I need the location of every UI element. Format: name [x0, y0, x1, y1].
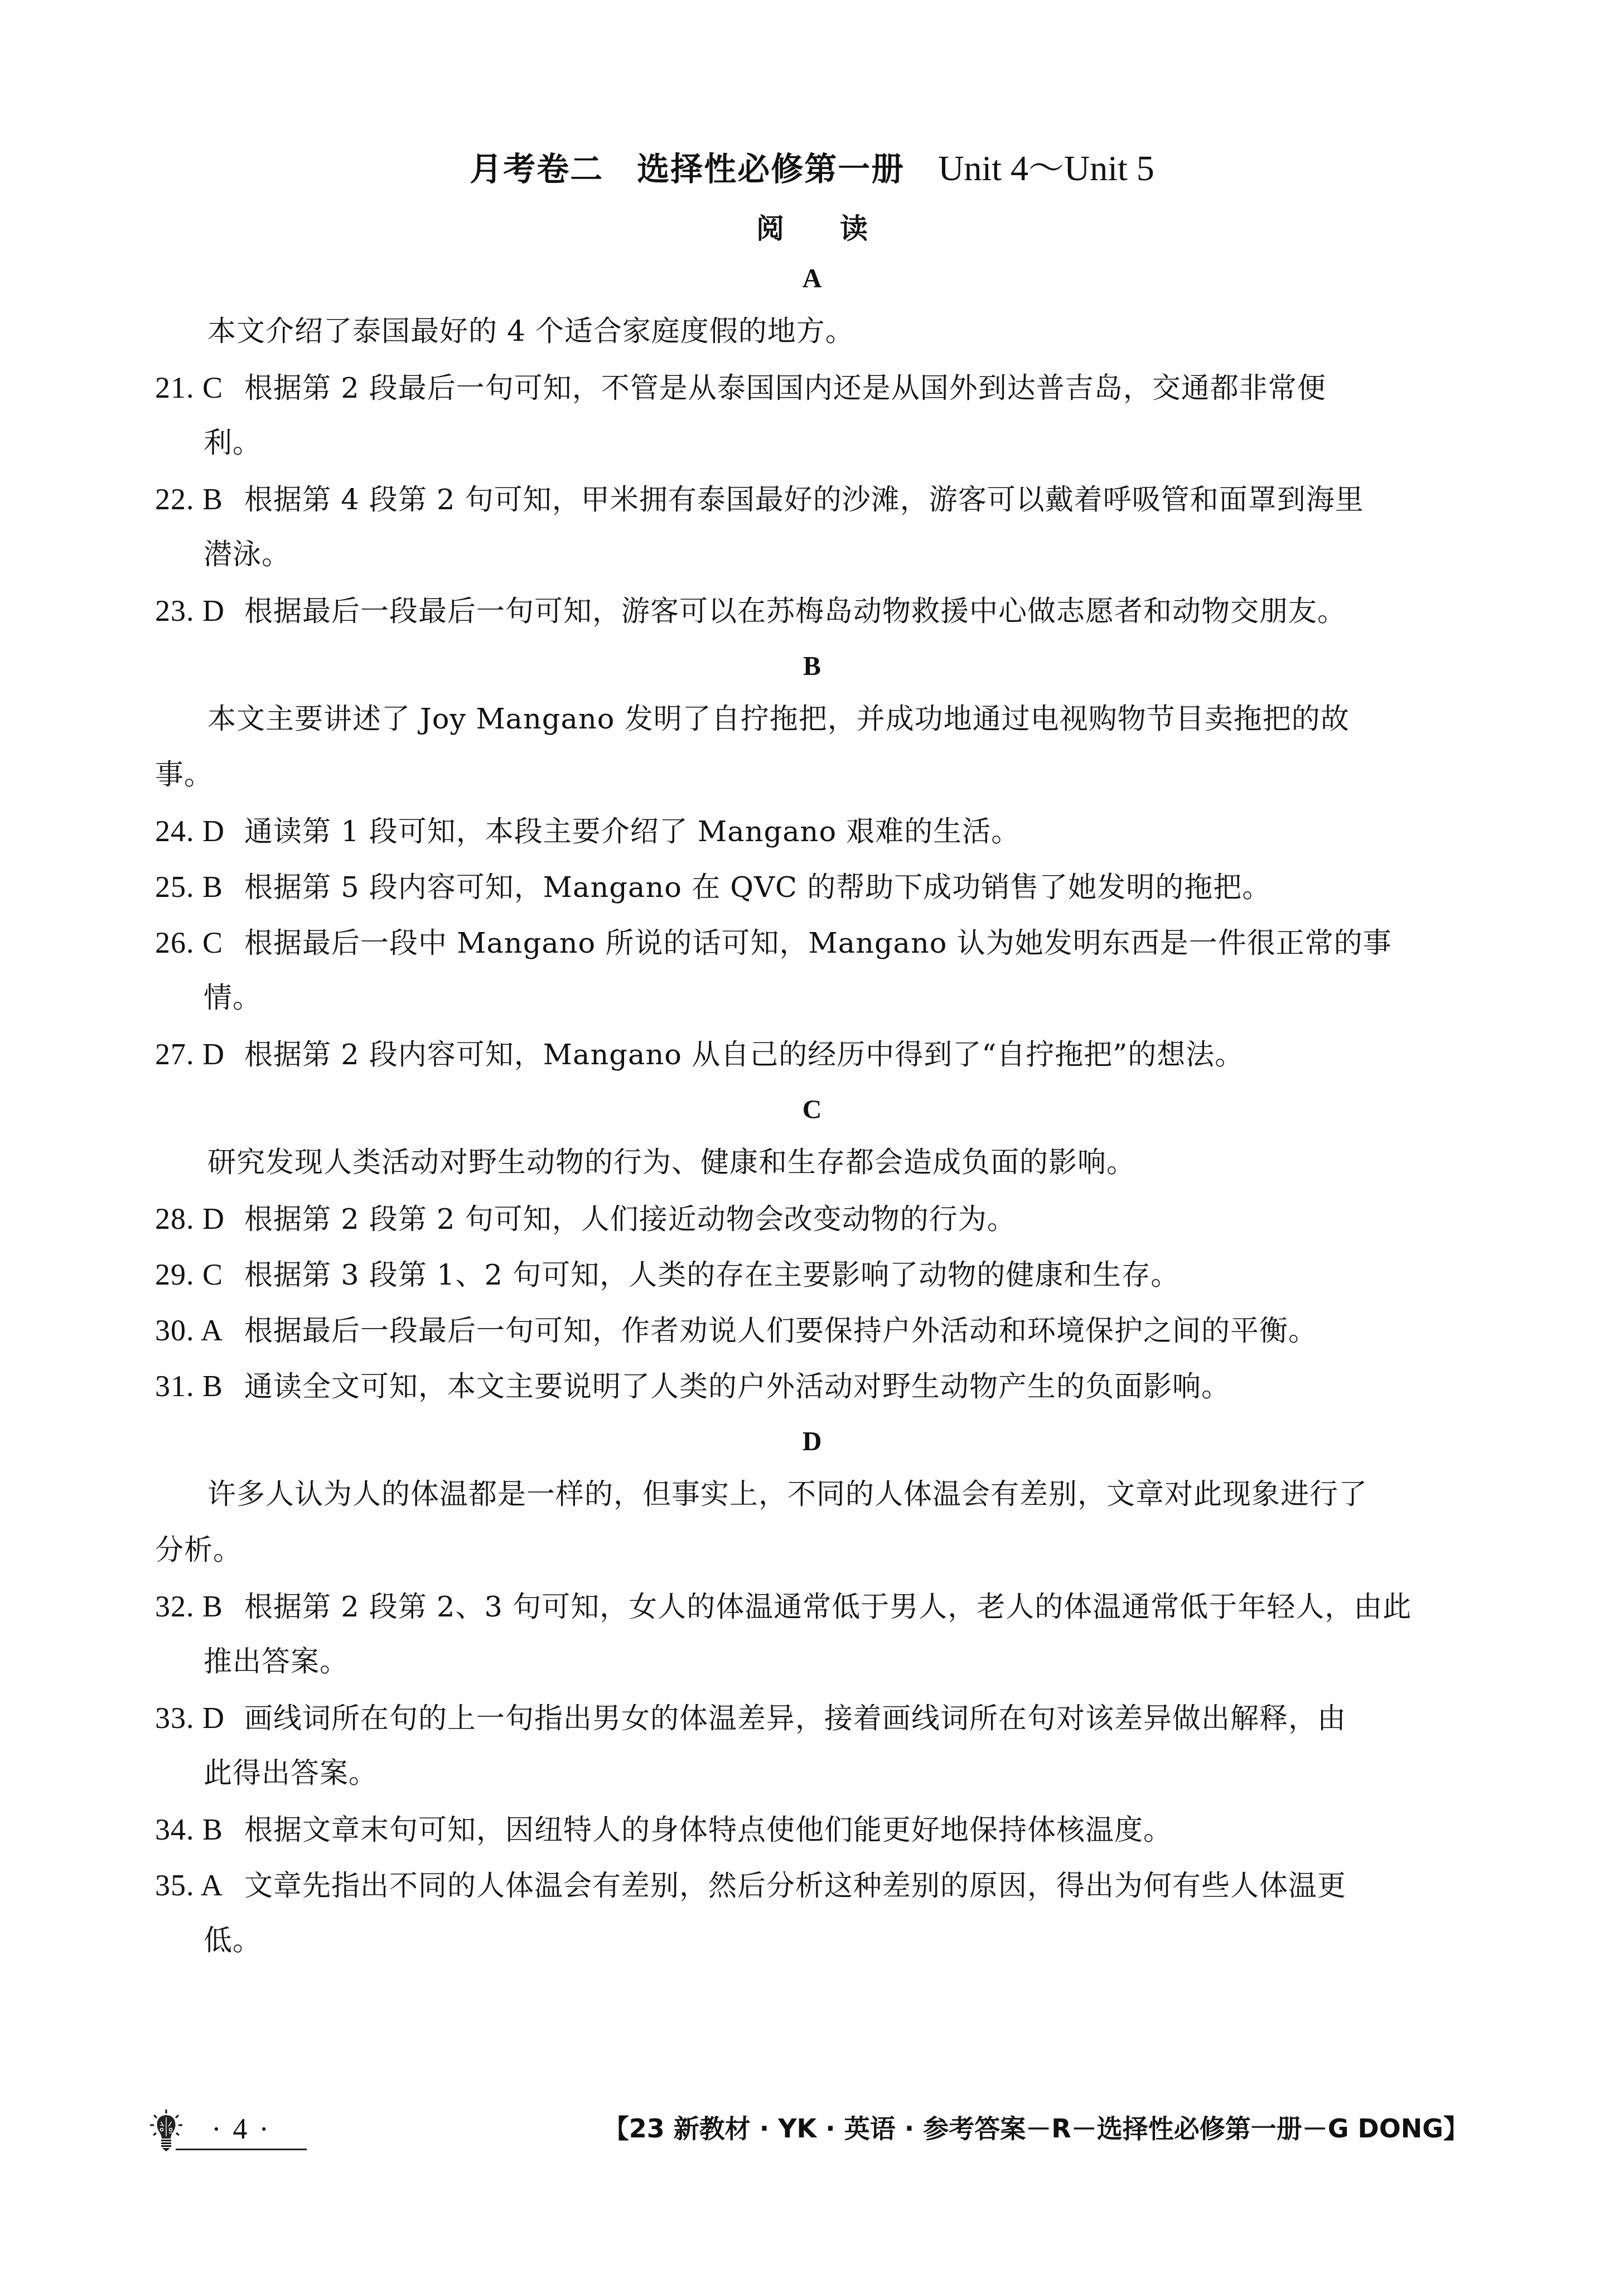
part-c-heading: C — [0, 1093, 1624, 1127]
answer-text: 根据第 2 段最后一句可知，不管是从泰国国内还是从国外到达普吉岛，交通都非常便 — [244, 372, 1326, 405]
answer-number: 30. A — [155, 1311, 244, 1350]
answer-25: 25. B根据第 5 段内容可知，Mangano 在 QVC 的帮助下成功销售了… — [155, 867, 1271, 908]
answer-number: 23. D — [155, 591, 244, 630]
answer-number: 22. B — [155, 480, 244, 519]
part-d-summary-cont: 分析。 — [155, 1531, 242, 1570]
answer-35: 35. A文章先指出不同的人体温会有差别，然后分析这种差别的原因，得出为何有些人… — [155, 1866, 1346, 1906]
answer-34: 34. B根据文章末句可知，因纽特人的身体特点使他们能更好地保持体核温度。 — [155, 1810, 1172, 1850]
page-number: · 4 · — [176, 2113, 307, 2150]
part-a-summary: 本文介绍了泰国最好的 4 个适合家庭度假的地方。 — [207, 312, 854, 351]
answer-text: 根据第 2 段第 2 句可知，人们接近动物会改变动物的行为。 — [244, 1203, 1016, 1236]
answer-number: 29. C — [155, 1255, 244, 1294]
answer-text: 文章先指出不同的人体温会有差别，然后分析这种差别的原因，得出为何有些人体温更 — [244, 1870, 1346, 1903]
answer-text: 根据最后一段最后一句可知，游客可以在苏梅岛动物救援中心做志愿者和动物交朋友。 — [244, 595, 1346, 628]
part-b-summary-cont: 事。 — [155, 756, 213, 795]
answer-number: 26. C — [155, 923, 244, 962]
answer-32: 32. B根据第 2 段第 2、3 句可知，女人的体温通常低于男人，老人的体温通… — [155, 1587, 1412, 1627]
answer-35-cont: 低。 — [204, 1922, 262, 1961]
answer-22-cont: 潜泳。 — [204, 535, 291, 575]
part-b-summary: 本文主要讲述了 Joy Mangano 发明了自拧拖把，并成功地通过电视购物节目… — [207, 700, 1350, 739]
answer-number: 24. D — [155, 812, 244, 851]
answer-24: 24. D通读第 1 段可知，本段主要介绍了 Mangano 艰难的生活。 — [155, 812, 1020, 852]
answer-number: 25. B — [155, 867, 244, 906]
answer-text: 根据第 2 段内容可知，Mangano 从自己的经历中得到了“自拧拖把”的想法。 — [244, 1039, 1244, 1071]
answer-22: 22. B根据第 4 段第 2 句可知，甲米拥有泰国最好的沙滩，游客可以戴着呼吸… — [155, 480, 1364, 520]
title-chinese: 月考卷二 选择性必修第一册 — [470, 150, 905, 188]
page-title: 月考卷二 选择性必修第一册Unit 4～Unit 5 — [0, 146, 1624, 191]
part-a-heading: A — [0, 262, 1624, 296]
answer-number: 31. B — [155, 1367, 244, 1406]
answer-number: 35. A — [155, 1866, 244, 1905]
answer-30: 30. A根据最后一段最后一句可知，作者劝说人们要保持户外活动和环境保护之间的平… — [155, 1311, 1317, 1351]
page-footer: · 4 · 【23 新教材 · YK · 英语 · 参考答案－R－选择性必修第一… — [0, 2097, 1624, 2164]
answer-26-cont: 情。 — [204, 979, 262, 1018]
answer-number: 33. D — [155, 1698, 244, 1737]
answer-26: 26. C根据最后一段中 Mangano 所说的话可知，Mangano 认为她发… — [155, 923, 1392, 963]
answer-32-cont: 推出答案。 — [204, 1643, 349, 1682]
answer-number: 34. B — [155, 1810, 244, 1849]
answer-text: 根据文章末句可知，因纽特人的身体特点使他们能更好地保持体核温度。 — [244, 1814, 1172, 1847]
footer-book-code: 【23 新教材 · YK · 英语 · 参考答案－R－选择性必修第一册－G DO… — [603, 2112, 1469, 2145]
answer-text: 根据最后一段最后一句可知，作者劝说人们要保持户外活动和环境保护之间的平衡。 — [244, 1315, 1317, 1348]
title-units: Unit 4～Unit 5 — [938, 148, 1154, 188]
answer-number: 28. D — [155, 1199, 244, 1238]
answer-text: 根据第 2 段第 2、3 句可知，女人的体温通常低于男人，老人的体温通常低于年轻… — [244, 1591, 1412, 1624]
answer-number: 21. C — [155, 368, 244, 407]
answer-key-page: 月考卷二 选择性必修第一册Unit 4～Unit 5 阅 读 A 本文介绍了泰国… — [0, 0, 1624, 2283]
answer-number: 27. D — [155, 1035, 244, 1074]
answer-text: 通读第 1 段可知，本段主要介绍了 Mangano 艰难的生活。 — [244, 815, 1020, 848]
part-d-summary: 许多人认为人的体温都是一样的，但事实上，不同的人体温会有差别，文章对此现象进行了 — [207, 1475, 1367, 1514]
answer-33-cont: 此得出答案。 — [204, 1754, 378, 1793]
answer-text: 根据第 3 段第 1、2 句可知，人类的存在主要影响了动物的健康和生存。 — [244, 1259, 1180, 1292]
answer-31: 31. B通读全文可知，本文主要说明了人类的户外活动对野生动物产生的负面影响。 — [155, 1367, 1230, 1407]
section-heading-reading: 阅 读 — [0, 209, 1624, 248]
part-d-heading: D — [0, 1425, 1624, 1459]
answer-text: 根据第 5 段内容可知，Mangano 在 QVC 的帮助下成功销售了她发明的拖… — [244, 871, 1271, 904]
answer-text: 根据最后一段中 Mangano 所说的话可知，Mangano 认为她发明东西是一… — [244, 927, 1392, 960]
answer-29: 29. C根据第 3 段第 1、2 句可知，人类的存在主要影响了动物的健康和生存… — [155, 1255, 1180, 1295]
answer-number: 32. B — [155, 1587, 244, 1626]
answer-text: 通读全文可知，本文主要说明了人类的户外活动对野生动物产生的负面影响。 — [244, 1370, 1230, 1403]
answer-21-cont: 利。 — [204, 424, 262, 463]
part-c-summary: 研究发现人类活动对野生动物的行为、健康和生存都会造成负面的影响。 — [207, 1143, 1135, 1182]
answer-text: 根据第 4 段第 2 句可知，甲米拥有泰国最好的沙滩，游客可以戴着呼吸管和面罩到… — [244, 484, 1364, 517]
answer-text: 画线词所在句的上一句指出男女的体温差异，接着画线词所在句对该差异做出解释，由 — [244, 1702, 1346, 1735]
answer-23: 23. D根据最后一段最后一句可知，游客可以在苏梅岛动物救援中心做志愿者和动物交… — [155, 591, 1346, 631]
answer-21: 21. C根据第 2 段最后一句可知，不管是从泰国国内还是从国外到达普吉岛，交通… — [155, 368, 1326, 408]
answer-28: 28. D根据第 2 段第 2 句可知，人们接近动物会改变动物的行为。 — [155, 1199, 1016, 1239]
answer-27: 27. D根据第 2 段内容可知，Mangano 从自己的经历中得到了“自拧拖把… — [155, 1035, 1244, 1075]
part-b-heading: B — [0, 650, 1624, 683]
answer-33: 33. D画线词所在句的上一句指出男女的体温差异，接着画线词所在句对该差异做出解… — [155, 1698, 1346, 1739]
